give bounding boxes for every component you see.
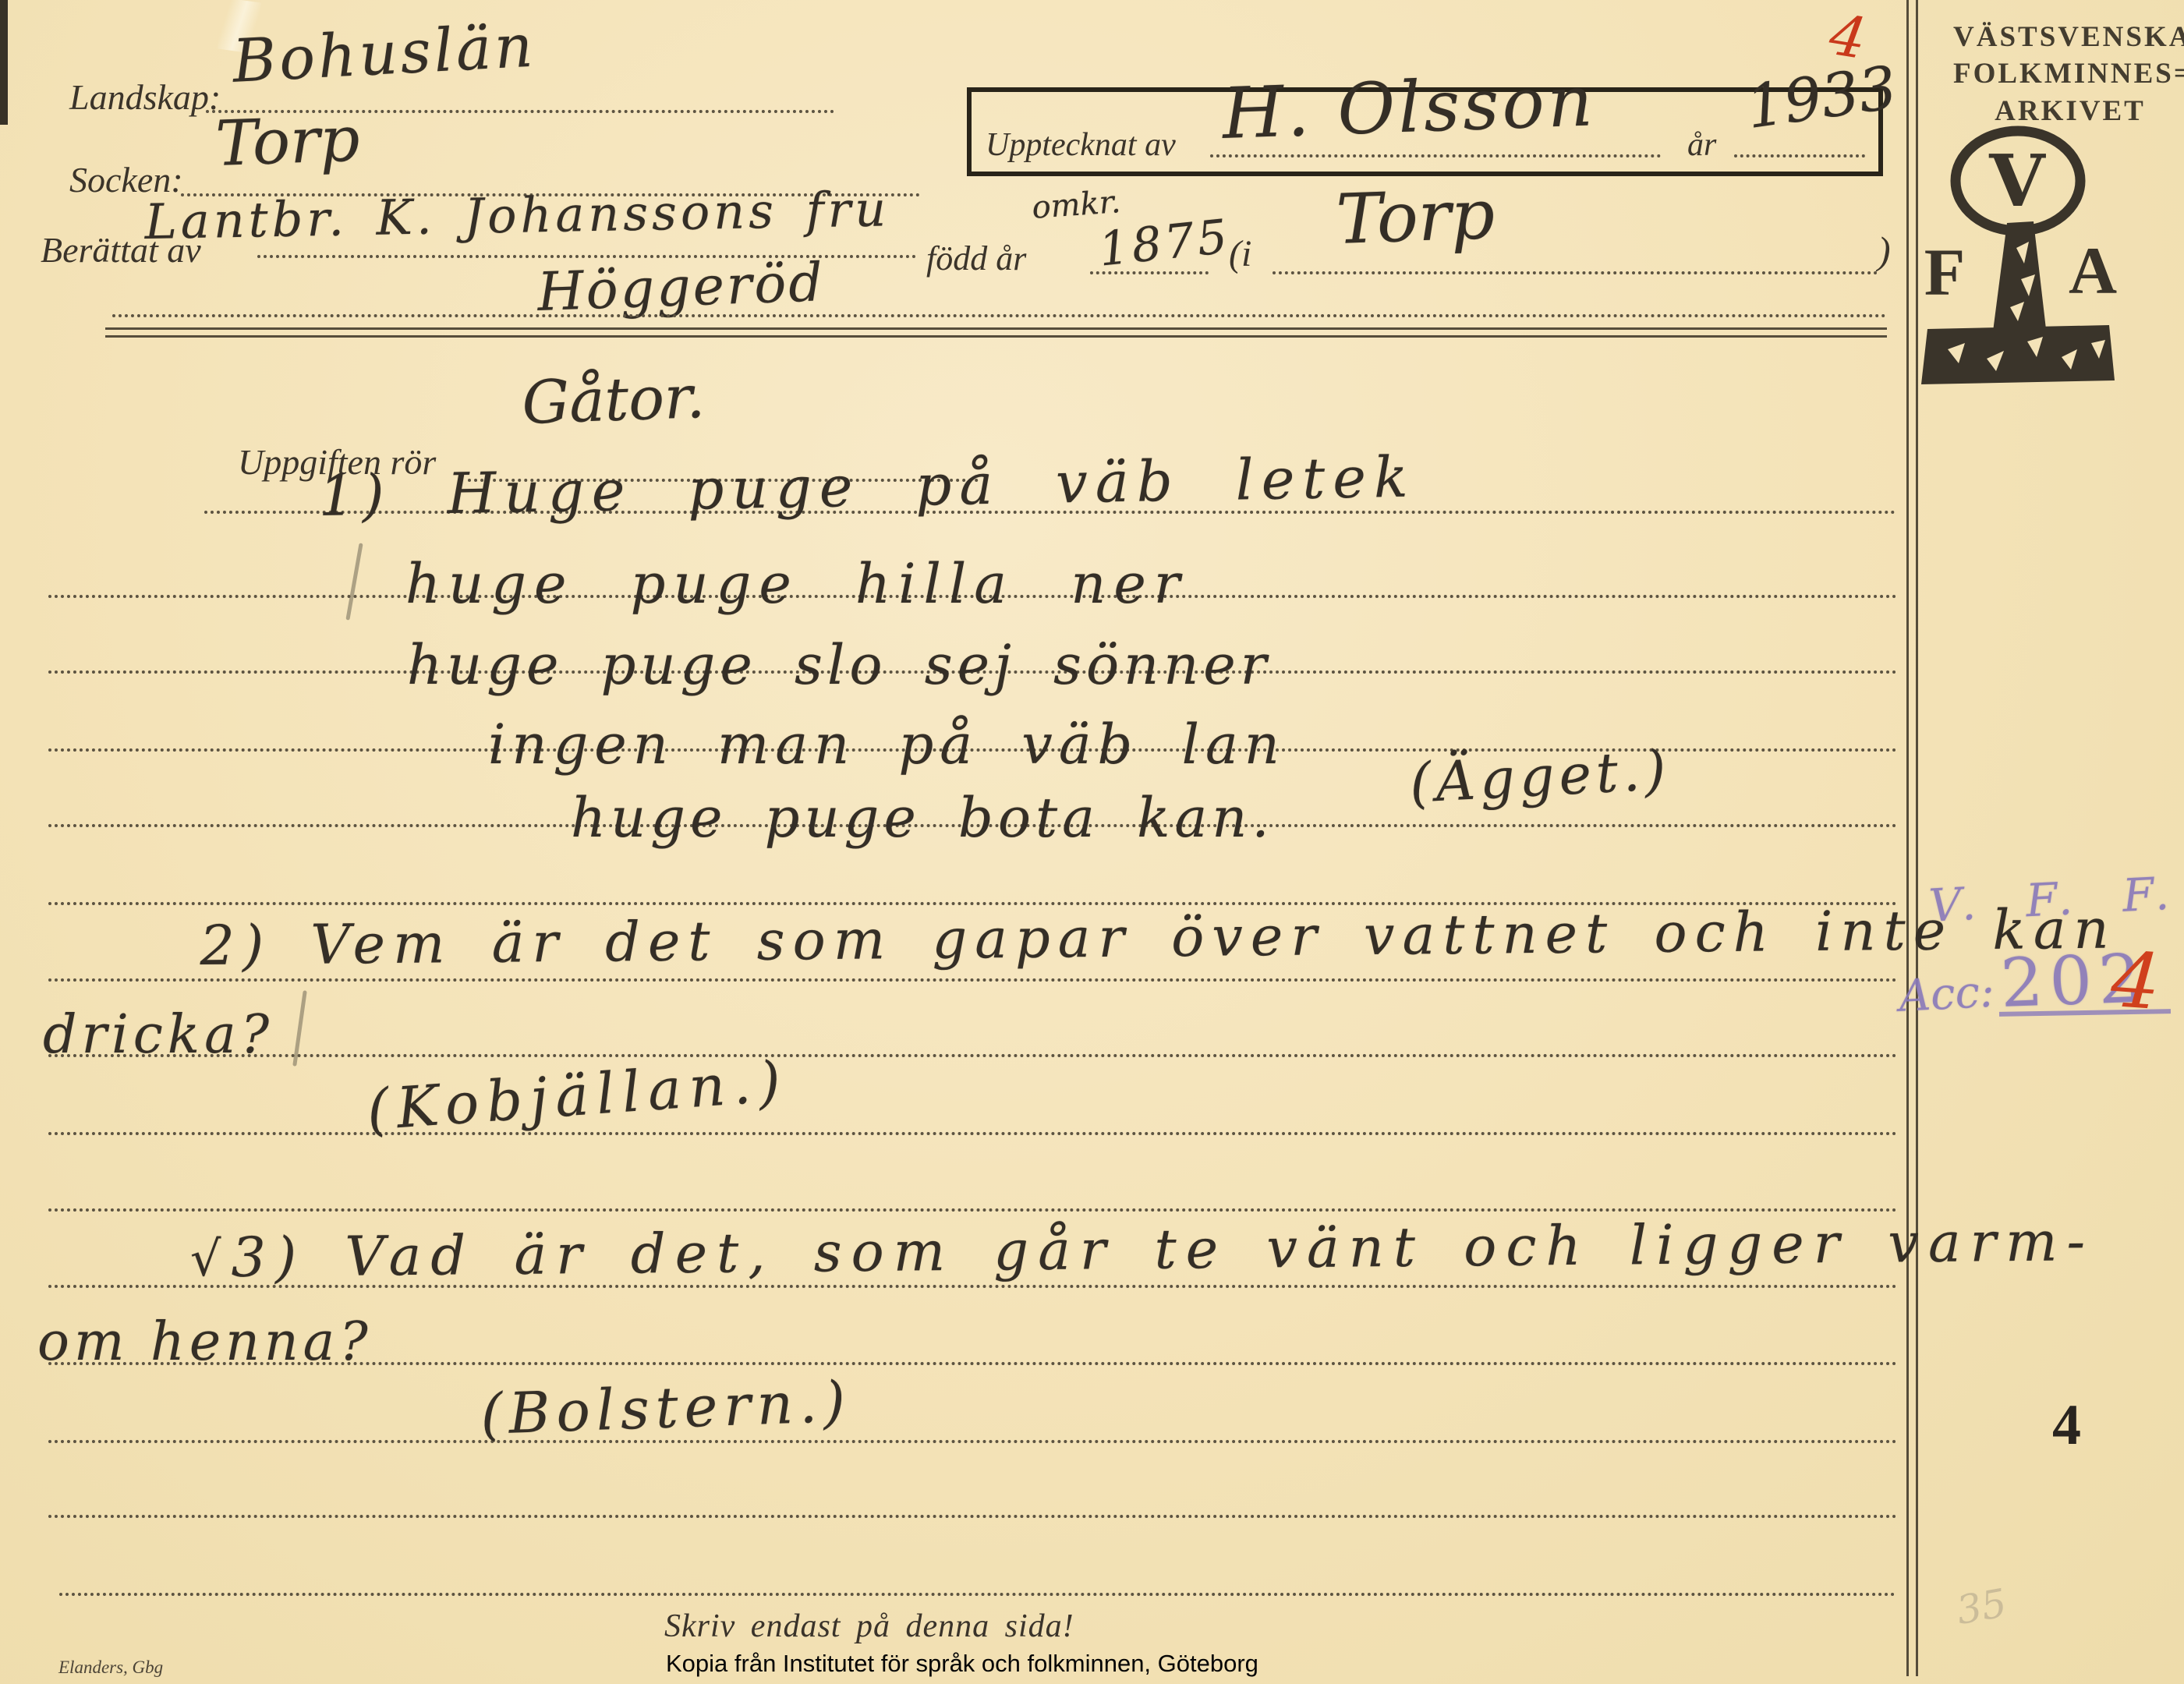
fodd-ar-label: född år [926, 239, 1026, 278]
archive-name-line1: VÄSTSVENSKA [1953, 19, 2184, 55]
ruled-line [59, 1593, 1896, 1596]
page-number: 4 [2052, 1392, 2081, 1459]
upptecknat-label: Upptecknat av [986, 126, 1176, 164]
ruled-line [48, 1515, 1898, 1518]
pencil-tick-mark [345, 543, 363, 620]
year-label: år [1687, 126, 1716, 164]
riddle1-line4: ingen man på väb lan [488, 713, 1286, 777]
riddle2-answer: (Kobjällan.) [365, 1048, 791, 1143]
ruled-line [48, 978, 1898, 982]
riddle1-line5: huge puge bota kan. [571, 786, 1274, 850]
margin-rule-1 [1906, 0, 1909, 1676]
riddle2-line1: 2) Vem är det som gapar över vattnet och… [200, 897, 2117, 978]
archive-name-line3: ARKIVET [1953, 93, 2184, 129]
berattat-av-value-line2: Höggeröd [536, 252, 826, 324]
header-full-ruled-line [112, 314, 1887, 317]
logo-letter-a: A [2069, 233, 2117, 308]
footer-instruction: Skriv endast på denna sida! [664, 1608, 1074, 1645]
ruled-line [48, 1054, 1898, 1057]
year-ruled-line [1734, 154, 1865, 157]
riddle3-line1: 3) Vad är det, som går te vänt och ligge… [231, 1209, 2094, 1290]
riddle3-answer: (Bolstern.) [480, 1368, 852, 1447]
ruled-line [48, 1208, 1898, 1212]
upptecknat-ruled-line [1210, 154, 1661, 157]
logo-letter-f: F [1924, 235, 1966, 310]
archive-name: VÄSTSVENSKA FOLKMINNES= ARKIVET [1953, 19, 2184, 129]
footer-copy-note: Kopia från Institutet för språk och folk… [666, 1650, 1258, 1678]
riddle3-check-mark: √ [190, 1230, 221, 1287]
subject-value: Gåtor. [521, 362, 706, 437]
header-double-rule-1 [105, 327, 1887, 330]
printer-mark: Elanders, Gbg [58, 1657, 163, 1678]
stamp-acc-label: Acc: [1898, 967, 1995, 1022]
riddle2-line2: dricka? [43, 1004, 274, 1066]
riddle1-answer: (Ägget.) [1408, 738, 1672, 815]
birthplace-paren-close: ) [1878, 228, 1891, 273]
pencil-note: 35 [1953, 1580, 2010, 1633]
landskap-value: Bohuslän [231, 11, 537, 96]
birthplace-paren-open: (i [1229, 232, 1251, 275]
archive-name-line2: FOLKMINNES= [1953, 55, 2184, 92]
archive-record-card: 4 Landskap: Bohuslän Socken: Torp Berätt… [0, 0, 2184, 1684]
socken-value: Torp [214, 103, 361, 180]
riddle1-line1: 1) Huge puge på väb letek [318, 444, 1416, 529]
birthplace-ruled-line [1273, 271, 1878, 274]
birthplace-value: Torp [1335, 174, 1496, 260]
thors-hammer-logo-icon: V F A [1918, 125, 2152, 394]
landskap-label: Landskap: [69, 76, 221, 118]
scan-edge-shadow [0, 0, 8, 125]
berattat-av-value: Lantbr. K. Johanssons fru [144, 180, 890, 250]
header-double-rule-2 [105, 335, 1887, 338]
ruled-line [48, 1132, 1898, 1135]
recorder-name: H. Olsson [1221, 60, 1597, 155]
riddle1-line2: huge puge hilla ner [405, 552, 1188, 616]
riddle3-line2: om henna? [37, 1311, 373, 1373]
ruled-line [48, 1440, 1898, 1443]
year-value: 1933 [1742, 52, 1901, 142]
riddle1-line3: huge puge slo sej sönner [407, 633, 1271, 697]
fodd-ar-approx: omkr. [1031, 184, 1122, 226]
logo-letter-v: V [1988, 139, 2046, 223]
upptecknat-box: Upptecknat av H. Olsson år 1933 [967, 87, 1883, 176]
